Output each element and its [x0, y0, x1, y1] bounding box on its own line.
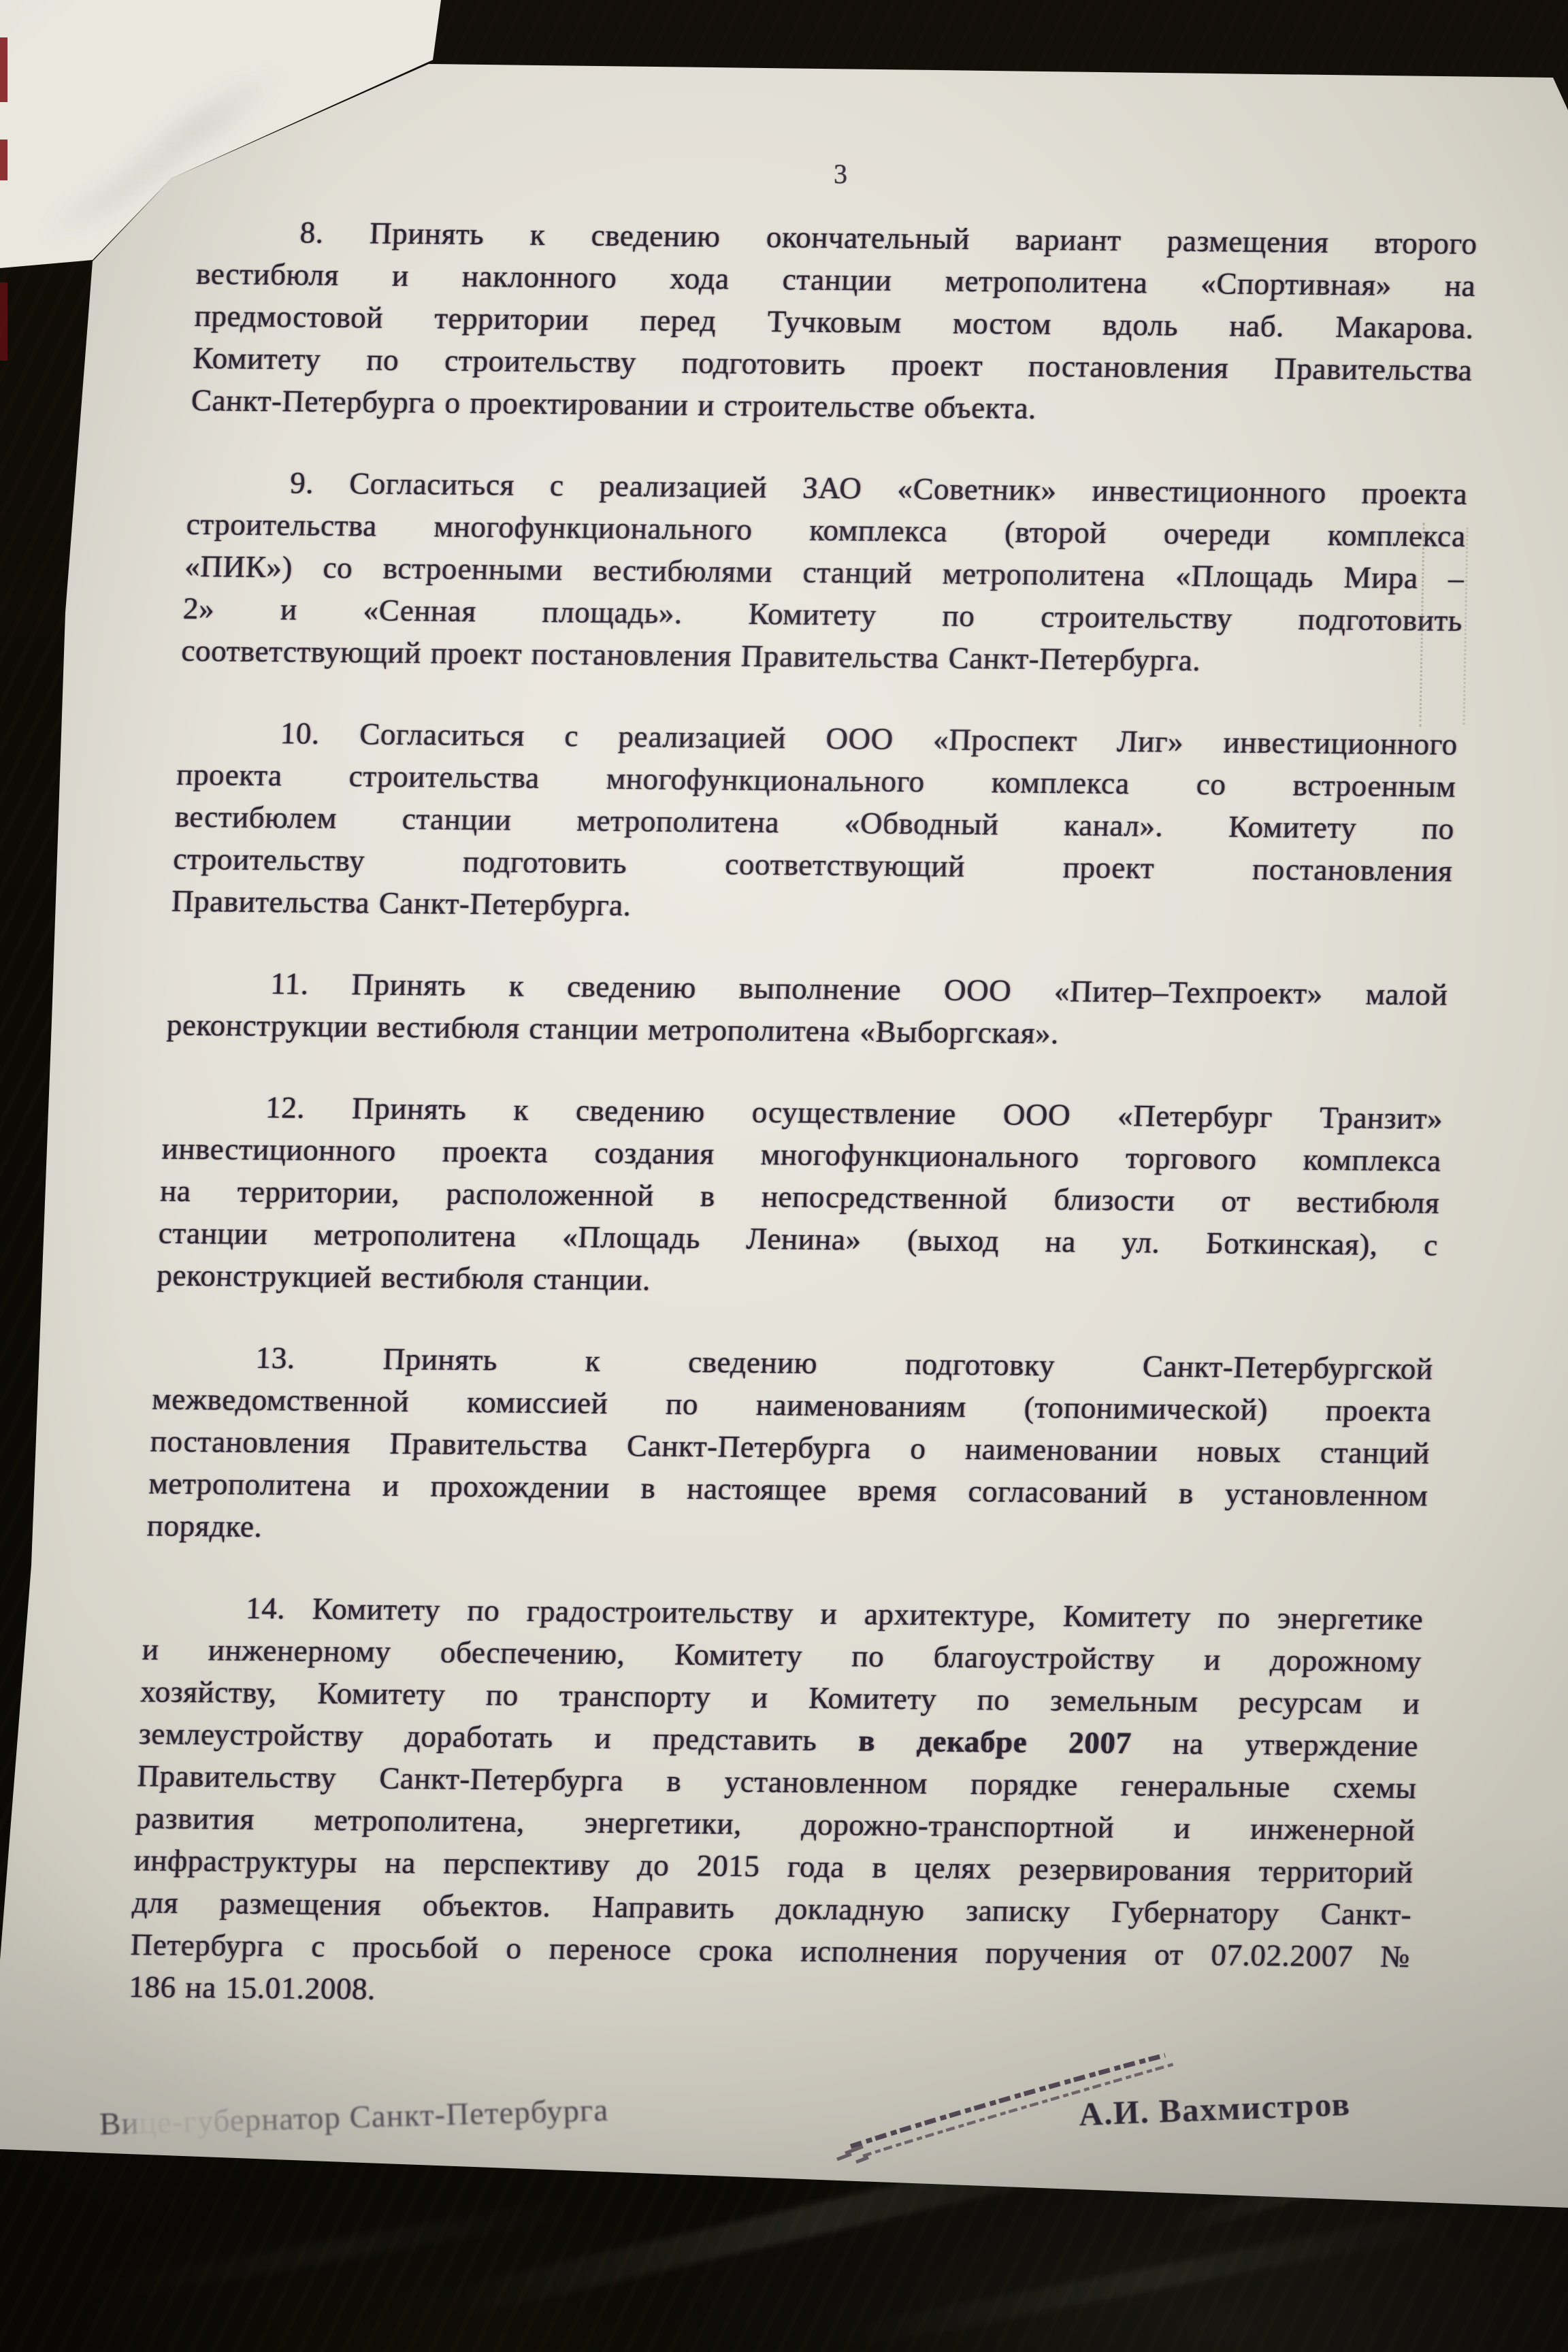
paragraph: 10. Согласиться с реализацией ООО «Просп…	[171, 711, 1458, 934]
page-number: 3	[813, 158, 868, 190]
paragraph: 11. Принять к сведению выполнение ООО «П…	[166, 962, 1449, 1058]
red-folder-sliver	[0, 282, 7, 361]
paragraph: 13. Принять к сведению подготовку Санкт-…	[146, 1335, 1434, 1558]
photo-of-document: { "colors": { "table": "#0d0a06", "paper…	[0, 0, 1568, 2352]
document-page: 3 8. Принять к сведению окончательный ва…	[0, 0, 1568, 2352]
paragraph: 8. Принять к сведению окончательный вари…	[191, 210, 1478, 434]
red-folder-sliver	[0, 37, 7, 102]
document-body: 8. Принять к сведению окончательный вари…	[127, 210, 1478, 2059]
paragraph: 12. Принять к сведению осуществление ООО…	[156, 1085, 1443, 1309]
paragraph: 14. Комитету по градостроительству и арх…	[128, 1586, 1424, 2020]
red-folder-sliver	[0, 140, 7, 180]
signatory-title: Вице-губернатор Санкт-Петербурга	[99, 2092, 608, 2143]
paragraph: 9. Согласиться с реализацией ЗАО «Советн…	[180, 461, 1468, 684]
